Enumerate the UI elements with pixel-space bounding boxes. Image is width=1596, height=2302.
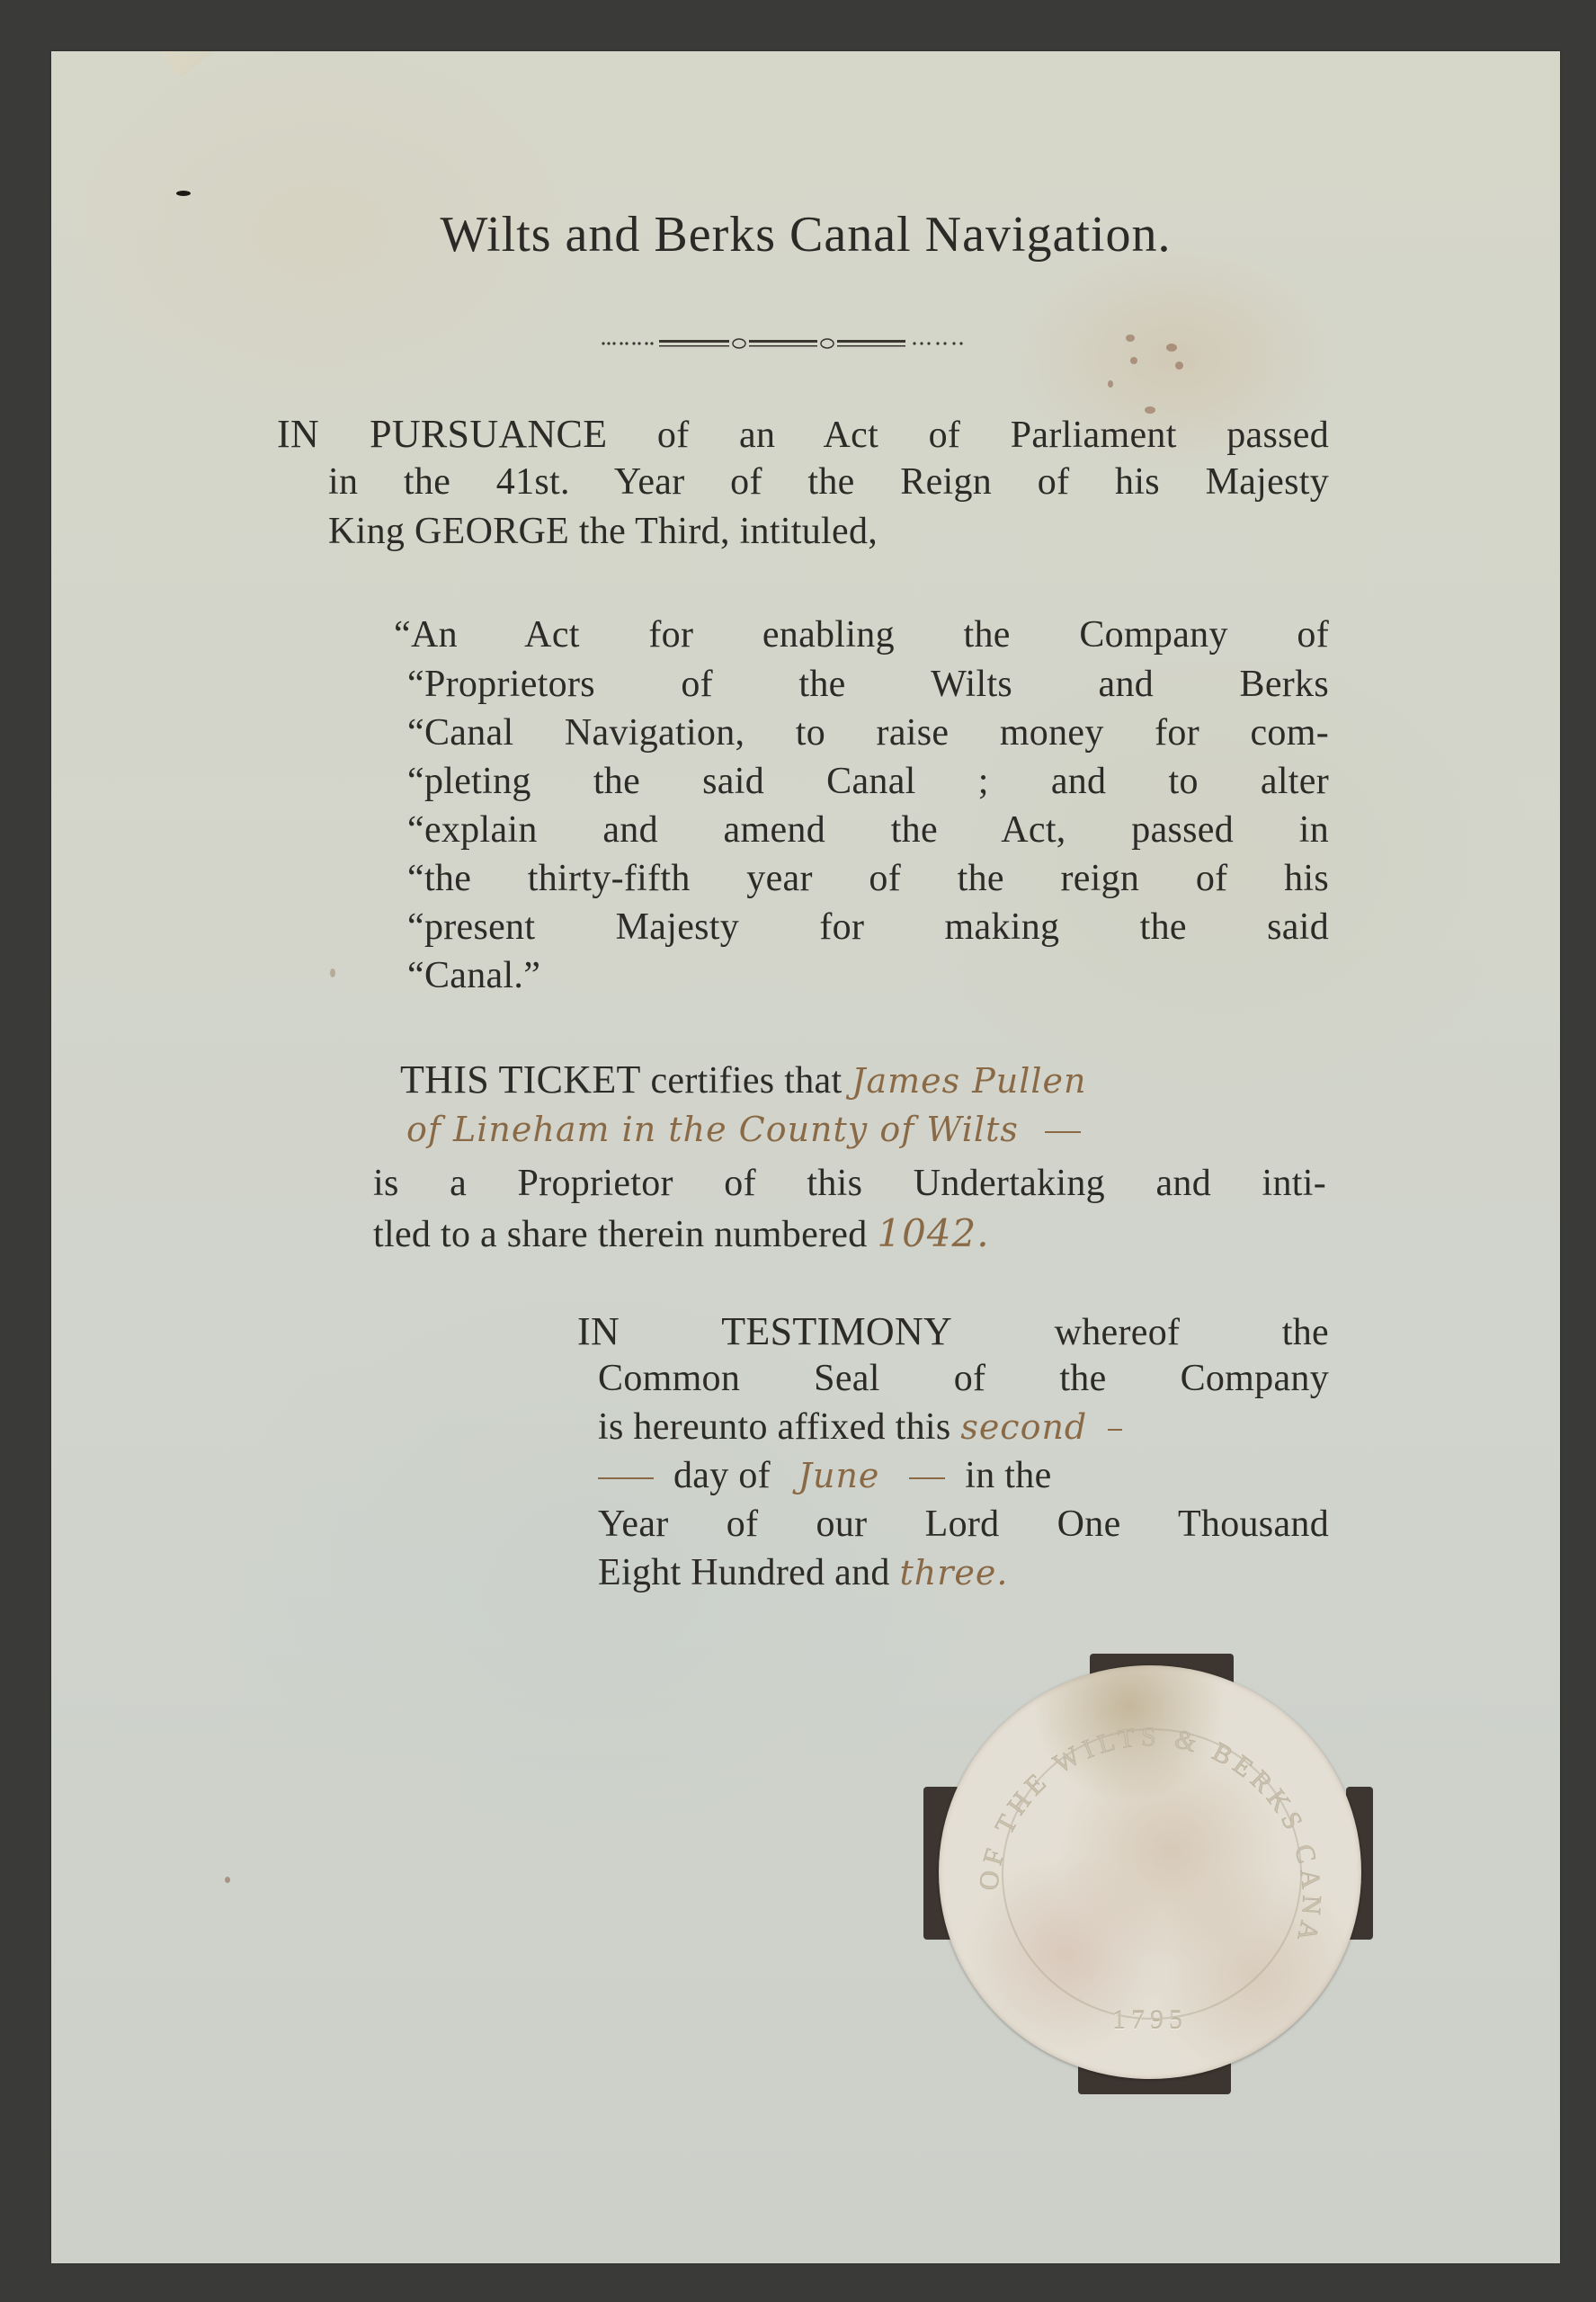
act-quote-line-5: “explain and amend the Act, passed in [407, 808, 1329, 852]
foxing-spot [1108, 380, 1113, 388]
foxing-spot [1175, 361, 1183, 370]
svg-text:OF THE WILTS & BERKS CANAL: OF THE WILTS & BERKS CANAL [939, 1665, 1326, 1950]
foxing-spot [1130, 357, 1137, 364]
act-quote-line-7: “present Majesty for making the said [407, 906, 1329, 949]
ticket-line-4: tled to a share therein numbered 1042. [373, 1211, 990, 1256]
embossed-seal-wafer: OF THE WILTS & BERKS CANAL 1795 [939, 1665, 1361, 2079]
testimony-line-4: day of June in the [598, 1454, 1052, 1497]
month-handwritten: June [798, 1456, 880, 1495]
testimony-line-1: IN TESTIMONY whereof the [577, 1308, 1329, 1354]
ticket-line-1: THIS TICKET certifies that James Pullen [400, 1057, 1087, 1102]
document-sheet: Wilts and Berks Canal Navigation. IN PUR… [51, 51, 1560, 2263]
paper-hole-mark [176, 191, 191, 196]
handwritten-dash [1108, 1429, 1122, 1431]
holder-residence-handwritten: of Lineham in the County of Wilts [406, 1110, 1019, 1149]
handwritten-dash [909, 1477, 945, 1479]
handwritten-dash [1045, 1131, 1081, 1133]
foxing-spot [225, 1877, 230, 1883]
preamble-line-3: King GEORGE the Third, intituled, [328, 510, 878, 553]
ornamental-divider [600, 335, 968, 352]
day-handwritten: second [960, 1407, 1087, 1447]
corner-fold [159, 51, 213, 78]
foxing-spot [1126, 335, 1135, 342]
ticket-line-3: is a Proprietor of this Undertaking and … [373, 1162, 1326, 1205]
preamble-line-2: in the 41st. Year of the Reign of his Ma… [328, 460, 1329, 504]
act-quote-line-4: “pleting the said Canal ; and to alter [407, 760, 1329, 803]
company-seal: OF THE WILTS & BERKS CANAL 1795 [923, 1643, 1391, 2110]
act-quote-line-6: “the thirty-fifth year of the reign of h… [407, 857, 1329, 900]
year-handwritten: three. [900, 1553, 1009, 1593]
share-number-handwritten: 1042. [877, 1211, 989, 1255]
act-quote-line-3: “Canal Navigation, to raise money for co… [407, 711, 1329, 754]
act-quote-line-8: “Canal.” [407, 954, 540, 997]
preamble-lead: IN PURSUANCE [277, 412, 607, 456]
ticket-line-2: of Lineham in the County of Wilts [406, 1108, 1081, 1151]
testimony-lead: IN TESTIMONY [577, 1309, 952, 1353]
act-quote-line-1: “An Act for enabling the Company of [394, 613, 1329, 656]
document-title: Wilts and Berks Canal Navigation. [51, 206, 1560, 263]
testimony-line-5: Year of our Lord One Thousand [598, 1503, 1329, 1546]
ticket-lead: THIS TICKET [400, 1057, 641, 1102]
testimony-line-6: Eight Hundred and three. [598, 1551, 1008, 1594]
testimony-line-3: is hereunto affixed this second [598, 1405, 1122, 1449]
preamble-line-1: IN PURSUANCE of an Act of Parliament pas… [277, 411, 1329, 457]
seal-year: 1795 [939, 2005, 1361, 2036]
testimony-line-2: Common Seal of the Company [598, 1357, 1329, 1400]
foxing-spot [330, 968, 335, 977]
foxing-spot [1166, 344, 1177, 352]
holder-name-handwritten: James Pullen [851, 1061, 1086, 1101]
act-quote-line-2: “Proprietors of the Wilts and Berks [407, 663, 1329, 706]
handwritten-dash [598, 1477, 654, 1479]
